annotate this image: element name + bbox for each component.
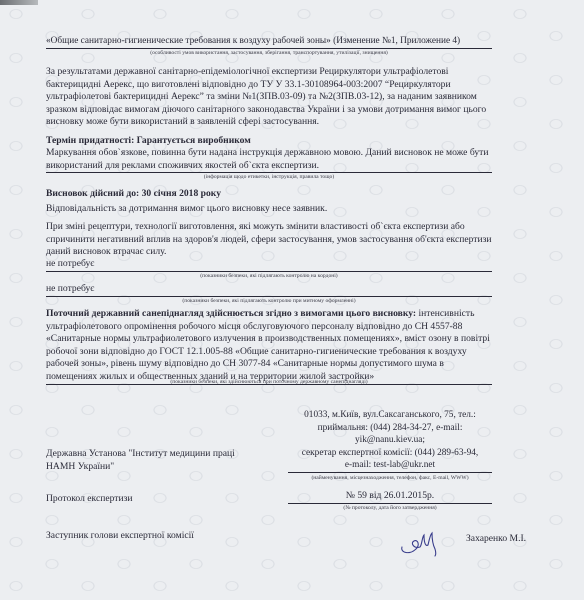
address-line: приймальня: (044) 284-34-27, e-mail: [288, 422, 492, 435]
address-line: 01033, м.Київ, вул.Саксаганського, 75, т… [288, 409, 492, 422]
address-line: yik@nanu.kiev.ua; [288, 434, 492, 447]
institution-name: Державна Установа "Інститут медицини пра… [46, 448, 236, 473]
institution-caption: (найменування, місцезнаходження, телефон… [288, 475, 492, 482]
scan-edge-shadow [0, 0, 38, 5]
supervision-text: інтенсивність ультрафіолетового опроміне… [46, 308, 490, 382]
address-line: секретар експертної комісії: (044) 289-6… [288, 447, 492, 460]
standard-caption: (особливості умов використання, застосув… [46, 50, 492, 57]
signatory-role: Заступник голови експертної комісії [46, 530, 266, 543]
standard-title: «Общие санитарно-гигиенические требовани… [46, 35, 492, 49]
border-control-caption: (показники безпеки, які підлягають контр… [46, 273, 492, 280]
labeling-text: Маркування обов`язкове, повинна бути над… [46, 147, 492, 173]
border-control-value: не потребує [46, 258, 492, 272]
responsibility-text: Відповідальність за дотримання вимог цьо… [46, 203, 500, 216]
protocol-value: № 59 від 26.01.2015р. [288, 490, 492, 504]
institution-address: 01033, м.Київ, вул.Саксаганського, 75, т… [288, 409, 492, 473]
supervision-block: Поточний державний санепіднагляд здійсню… [46, 308, 492, 385]
shelf-life-heading: Термін придатності: Гарантується виробни… [46, 135, 500, 148]
customs-caption: (показники безпеки, які підлягають контр… [46, 298, 492, 305]
supervision-heading: Поточний державний санепіднагляд здійсню… [46, 308, 416, 319]
results-paragraph: За результатами державної санітарно-епід… [46, 66, 500, 129]
signature-icon [398, 525, 440, 557]
supervision-caption: (показники безпеки, які здійснюються при… [46, 379, 492, 386]
protocol-label: Протокол експертизи [46, 493, 246, 506]
address-line: e-mail: test-lab@ukr.net [288, 459, 492, 472]
change-notice: При зміні рецептури, технології виготовл… [46, 221, 500, 259]
valid-until: Висновок дійсний до: 30 січня 2018 року [46, 188, 500, 201]
customs-value: не потребує [46, 283, 492, 297]
labeling-caption: (інформація щодо етикетки, інструкція, п… [46, 174, 492, 181]
protocol-caption: (№ протоколу, дата його затвердження) [288, 505, 492, 512]
signatory-name: Захаренко М.І. [466, 533, 566, 546]
